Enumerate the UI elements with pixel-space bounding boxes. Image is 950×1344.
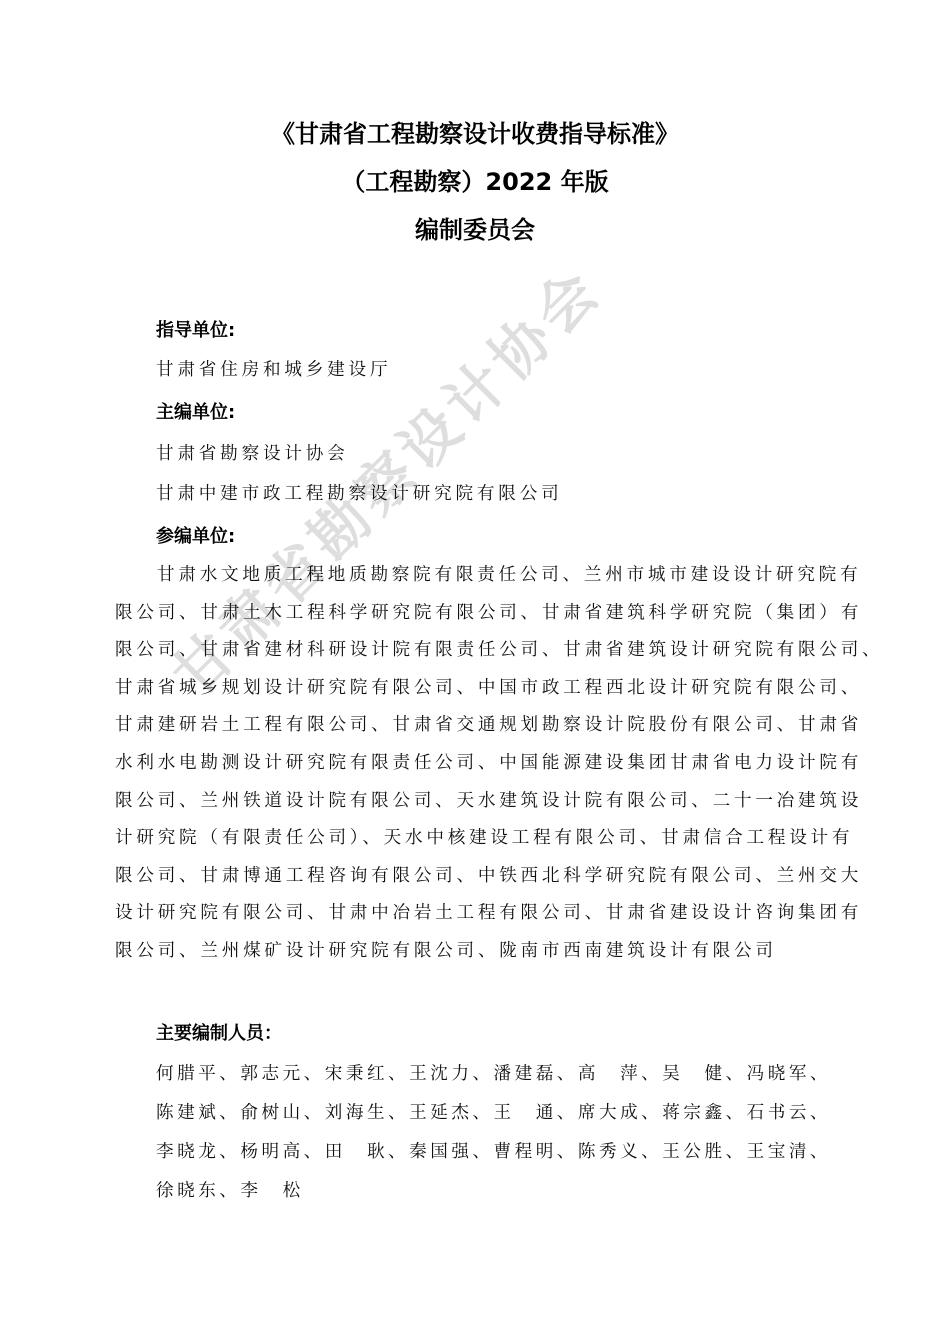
paragraph-line: 限公司、甘肃博通工程咨询有限公司、中铁西北科学研究院有限公司、兰州交大	[115, 858, 839, 896]
paragraph-line: 甘肃省城乡规划设计研究院有限公司、中国市政工程西北设计研究院有限公司、	[115, 670, 839, 708]
paragraph-line: 限公司、甘肃省建材科研设计院有限责任公司、甘肃省建筑设计研究院有限公司、	[115, 632, 839, 670]
paragraph-line: 设计研究院有限公司、甘肃中冶岩土工程有限公司、甘肃省建设设计咨询集团有	[115, 895, 839, 933]
paragraph-line: 水利水电勘测设计研究院有限责任公司、中国能源建设集团甘肃省电力设计院有	[115, 745, 839, 783]
document-page: 甘肃省勘察设计协会 《甘肃省工程勘察设计收费指导标准》 （工程勘察）2022 年…	[0, 0, 950, 1344]
chief-editor-unit-item: 甘肃中建市政工程勘察设计研究院有限公司	[156, 480, 562, 505]
paragraph-line: 甘肃水文地质工程地质勘察院有限责任公司、兰州市城市建设设计研究院有	[115, 557, 839, 595]
guiding-unit-label: 指导单位:	[156, 316, 235, 342]
main-staff-label: 主要编制人员：	[156, 1019, 282, 1045]
chief-editor-unit-item: 甘肃省勘察设计协会	[156, 440, 349, 465]
paragraph-line: 限公司、兰州铁道设计院有限公司、天水建筑设计院有限公司、二十一冶建筑设	[115, 783, 839, 821]
paragraph-line: 计研究院（有限责任公司）、天水中核建设工程有限公司、甘肃信合工程设计有	[115, 820, 839, 858]
main-staff-list: 何腊平、郭志元、宋秉红、王沈力、潘建磊、高 萍、吴 健、冯晓军、 陈建斌、俞树山…	[156, 1055, 831, 1211]
document-subtitle: （工程勘察）2022 年版	[0, 162, 950, 197]
paragraph-line: 限公司、甘肃土木工程科学研究院有限公司、甘肃省建筑科学研究院（集团）有	[115, 595, 839, 633]
staff-names-line: 徐晓东、李 松	[156, 1172, 831, 1211]
committee-heading: 编制委员会	[0, 210, 950, 245]
guiding-unit-item: 甘肃省住房和城乡建设厅	[156, 356, 391, 381]
chief-editor-units-label: 主编单位:	[156, 398, 235, 424]
staff-names-line: 陈建斌、俞树山、刘海生、王延杰、王 通、席大成、蒋宗鑫、石书云、	[156, 1094, 831, 1133]
paragraph-line: 限公司、兰州煤矿设计研究院有限公司、陇南市西南建筑设计有限公司	[115, 933, 839, 971]
document-title: 《甘肃省工程勘察设计收费指导标准》	[0, 114, 950, 149]
participating-units-list: 甘肃水文地质工程地质勘察院有限责任公司、兰州市城市建设设计研究院有 限公司、甘肃…	[115, 557, 839, 971]
staff-names-line: 李晓龙、杨明高、田 耿、秦国强、曹程明、陈秀义、王公胜、王宝清、	[156, 1133, 831, 1172]
staff-names-line: 何腊平、郭志元、宋秉红、王沈力、潘建磊、高 萍、吴 健、冯晓军、	[156, 1055, 831, 1094]
paragraph-line: 甘肃建研岩土工程有限公司、甘肃省交通规划勘察设计院股份有限公司、甘肃省	[115, 707, 839, 745]
participating-units-label: 参编单位:	[156, 522, 235, 548]
